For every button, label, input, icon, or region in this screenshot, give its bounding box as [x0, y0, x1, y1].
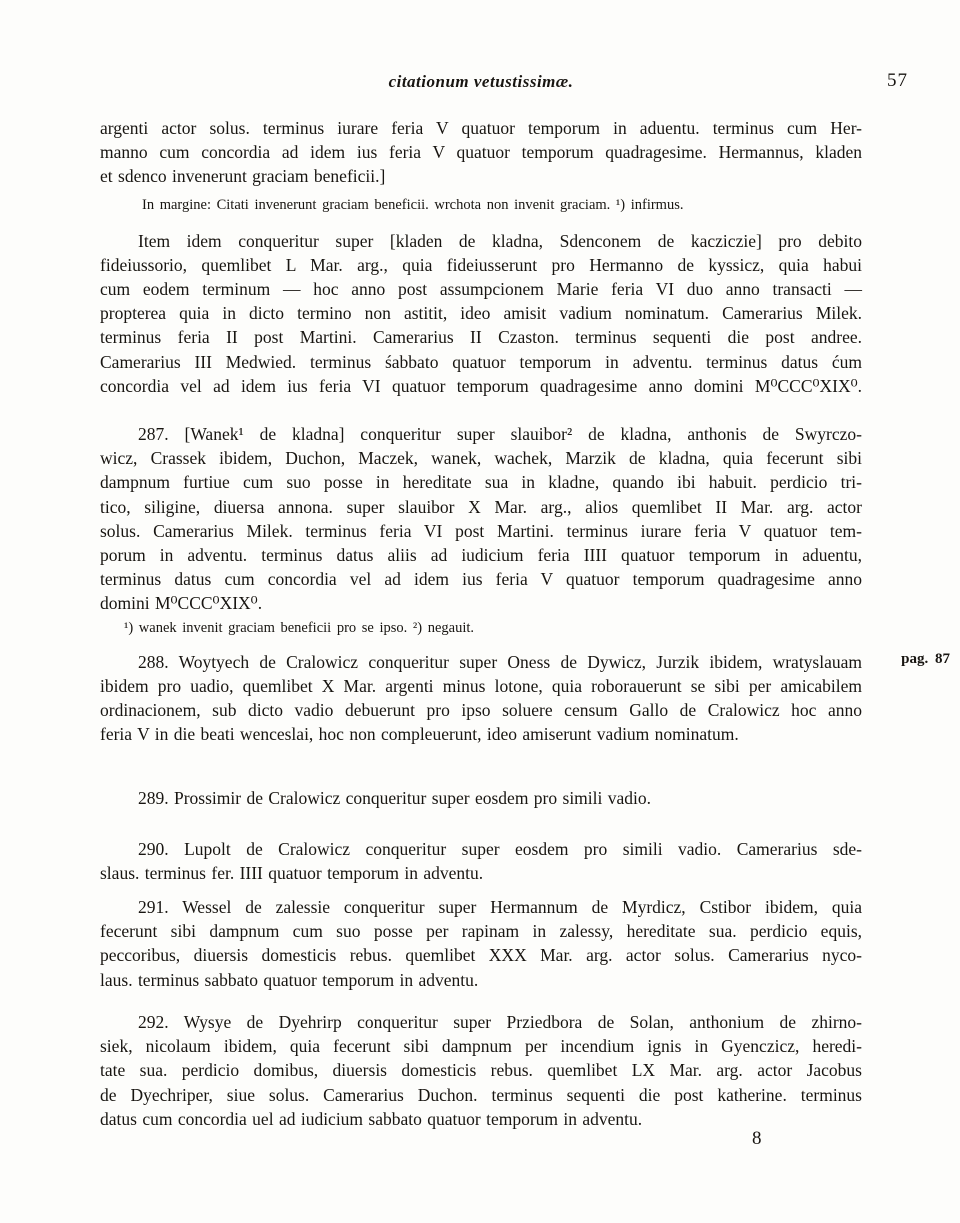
text-line: argenti actor solus. terminus iurare fer… [100, 116, 862, 140]
text-line: 292. Wysye de Dyehrirp conqueritur super… [100, 1010, 862, 1034]
paragraph-entry-292: 292. Wysye de Dyehrirp conqueritur super… [100, 1010, 862, 1131]
footnote-287: ¹) wanek invenit graciam beneficii pro s… [100, 618, 862, 638]
text-line: datus cum concordia uel ad iudicium sabb… [100, 1107, 862, 1131]
text-line: 290. Lupolt de Cralowicz conqueritur sup… [100, 837, 862, 861]
text-line: laus. terminus sabbato quatuor temporum … [100, 968, 862, 992]
in-margine-note: In margine: Citati invenerunt graciam be… [100, 195, 862, 215]
text-line: Item idem conqueritur super [kladen de k… [100, 229, 862, 253]
signature-mark: 8 [752, 1128, 762, 1150]
text-line: feria V in die beati wenceslai, hoc non … [100, 722, 862, 746]
text-line: manno cum concordia ad idem ius feria V … [100, 140, 862, 164]
text-line: concordia vel ad idem ius feria VI quatu… [100, 374, 862, 398]
paragraph-item: Item idem conqueritur super [kladen de k… [100, 229, 862, 398]
paragraph-continuation: argenti actor solus. terminus iurare fer… [100, 116, 862, 189]
text-line: tate sua. perdicio domibus, diuersis dom… [100, 1058, 862, 1082]
text-line: 291. Wessel de zalessie conqueritur supe… [100, 895, 862, 919]
margin-page-reference: pag. 87 [901, 651, 950, 668]
text-line: porum in adventu. terminus datus aliis a… [100, 543, 862, 567]
running-header: citationum vetustissimæ. 57 [100, 72, 862, 96]
text-line: et sdenco invenerunt graciam beneficii.] [100, 164, 862, 188]
paragraph-entry-291: 291. Wessel de zalessie conqueritur supe… [100, 895, 862, 992]
paragraph-entry-288: 288. Woytyech de Cralowicz conqueritur s… [100, 650, 862, 747]
text-line: 289. Prossimir de Cralowicz conqueritur … [100, 786, 862, 810]
text-line: terminus feria II post Martini. Camerari… [100, 325, 862, 349]
text-line: domini M⁰CCC⁰XIX⁰. [100, 591, 862, 615]
text-line: Camerarius III Medwied. terminus śabbato… [100, 350, 862, 374]
text-line: 288. Woytyech de Cralowicz conqueritur s… [100, 650, 862, 674]
text-line: siek, nicolaum ibidem, quia fecerunt sib… [100, 1034, 862, 1058]
text-line: ibidem pro uadio, quemlibet X Mar. argen… [100, 674, 862, 698]
text-line: ordinacionem, sub dicto vadio debuerunt … [100, 698, 862, 722]
text-line: propterea quia in dicto termino non asti… [100, 301, 862, 325]
paragraph-entry-289: 289. Prossimir de Cralowicz conqueritur … [100, 786, 862, 810]
text-line: terminus datus cum concordia vel ad idem… [100, 567, 862, 591]
text-line: 287. [Wanek¹ de kladna] conqueritur supe… [100, 422, 862, 446]
text-line: wicz, Crassek ibidem, Duchon, Maczek, wa… [100, 446, 862, 470]
text-line: dampnum furtiue cum suo posse in heredit… [100, 470, 862, 494]
text-line: slaus. terminus fer. IIII quatuor tempor… [100, 861, 862, 885]
paragraph-entry-290: 290. Lupolt de Cralowicz conqueritur sup… [100, 837, 862, 885]
text-line: fideiussorio, quemlibet L Mar. arg., qui… [100, 253, 862, 277]
text-line: tico, siligine, diuersa annona. super sl… [100, 495, 862, 519]
text-line: solus. Camerarius Milek. terminus feria … [100, 519, 862, 543]
page-number: 57 [887, 70, 908, 92]
running-header-title: citationum vetustissimæ. [100, 72, 862, 92]
scanned-book-page: citationum vetustissimæ. 57 argenti acto… [0, 0, 960, 1223]
text-block: argenti actor solus. terminus iurare fer… [100, 116, 862, 1131]
text-line: peccoribus, diuersis domesticis rebus. q… [100, 943, 862, 967]
text-line: de Dyechriper, siue solus. Camerarius Du… [100, 1083, 862, 1107]
text-line: cum eodem terminum — hoc anno post assum… [100, 277, 862, 301]
text-line: fecerunt sibi dampnum cum suo posse per … [100, 919, 862, 943]
paragraph-entry-287: 287. [Wanek¹ de kladna] conqueritur supe… [100, 422, 862, 616]
